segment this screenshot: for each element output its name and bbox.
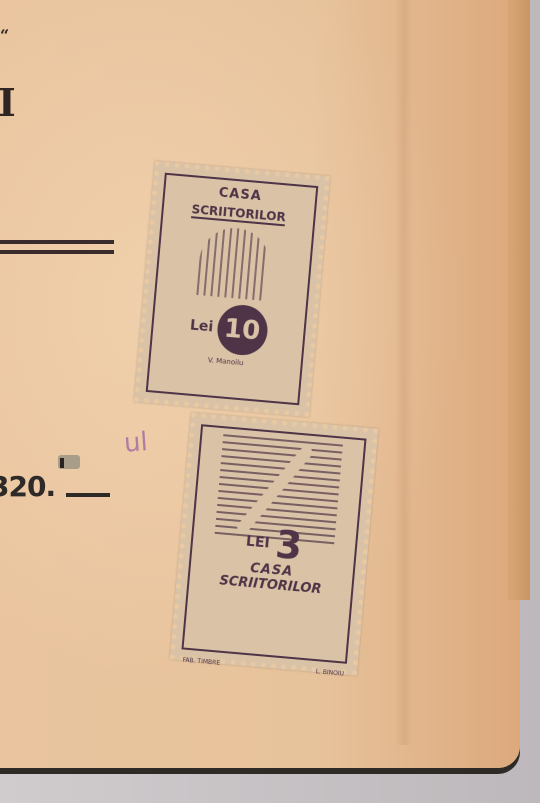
cover-quote-mark: “: [0, 26, 9, 45]
stamp-value: 10: [215, 303, 269, 357]
book-edge: [508, 0, 530, 600]
stamp-title-line1: CASA: [218, 186, 262, 205]
cover-numeral: I: [0, 84, 16, 122]
quill-book-icon: [215, 434, 343, 544]
stamp-value-row: Lei 10: [188, 301, 269, 358]
double-rule-bottom: [0, 250, 114, 254]
purple-handwriting: ul: [123, 427, 149, 459]
price-label: 320.: [0, 470, 55, 503]
stamp-10-lei: CASA SCRIITORILOR Lei 10 V. Manoilu: [134, 161, 330, 417]
ink-blot: [60, 458, 64, 468]
price-dash: [66, 493, 110, 497]
stamp-title-line2: SCRIITORILOR: [191, 202, 286, 226]
stamp-frame: CASA SCRIITORILOR Lei 10 V. Manoilu: [146, 173, 319, 406]
stamp-3-lei: LEI 3 CASA SCRIITORILOR FAB. TIMBRE L. B…: [170, 412, 379, 675]
double-rule-top: [0, 240, 114, 244]
stamp-currency: Lei: [189, 318, 214, 336]
stamp-printer-credit: V. Manoilu: [207, 356, 243, 367]
stamp-title-line2: SCRIITORILOR: [219, 573, 322, 597]
quill-icon: [235, 444, 315, 536]
writer-figure-icon: [196, 225, 272, 301]
cover-fold: [395, 0, 413, 745]
stamp-frame: LEI 3 CASA SCRIITORILOR FAB. TIMBRE L. B…: [181, 424, 366, 664]
